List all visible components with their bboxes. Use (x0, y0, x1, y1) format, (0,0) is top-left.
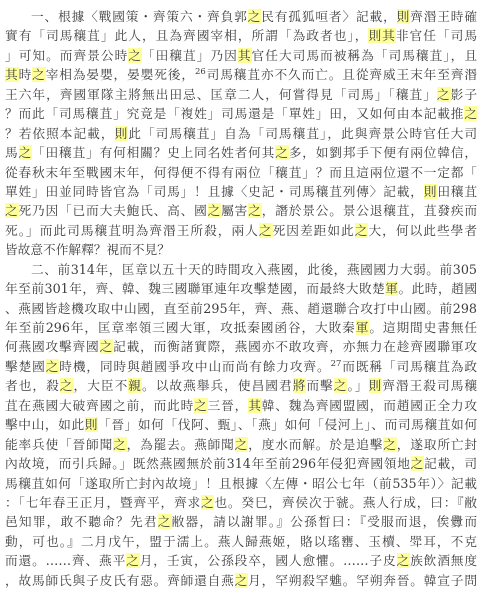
text-run: 族飲酒無度 (410, 553, 477, 568)
highlighted-char: 之 (334, 378, 348, 393)
text-line: ？若依照本記載，則此「司馬穰苴」自為「司馬穰苴」，此與齊景公時官任大司 (5, 124, 477, 143)
text-run: 、燕國皆趁機攻取中山國，直至前295年，齊、燕、趙還聯合攻打中山國。前298 (5, 301, 477, 316)
highlighted-char: 則其 (368, 28, 395, 43)
text-run: 而還。……齊、燕平 (5, 553, 126, 568)
document-page: 一、根據〈戰國策・齊策六・齊負郭之民有孤狐咺者〉記載，則齊湣王時確實有「司馬穰苴… (0, 0, 481, 600)
text-line: 」可知。而齊景公時之「田穰苴」乃因其官任大司馬而被稱為「司馬穰苴」，且 (5, 46, 477, 65)
text-line: 馬穰苴如何「遂取所亡封內故境」！且根據〈左傳・昭公七年（前535年）〉記載 (5, 474, 477, 493)
text-line: 能率兵使「晉師聞之，為罷去。燕師聞之，度水而解。於是追擊之，遂取所亡封 (5, 435, 477, 454)
text-run: 死。」而此司馬穰苴明為齊湣王所殺，兩人 (5, 223, 259, 238)
text-line: ？而此「司馬穰苴」究竟是「複姓」司馬還是「單姓」田，又如何由本記載推之 (5, 104, 477, 123)
highlighted-char: 則 (424, 184, 438, 199)
highlighted-char: 之 (383, 437, 397, 452)
text-run: ，大臣不 (74, 378, 129, 393)
text-run: 田穰苴 (437, 184, 477, 199)
text-run: 多，如劉邦手下便有兩位韓信， (289, 145, 477, 160)
text-run: 何燕國攻擊齊國 (5, 339, 100, 354)
text-run: 動，可也。』二月戊午，盟于濡上。燕人歸燕姬，賂以瑤罋、玉櫝、斝耳，不克 (5, 534, 477, 549)
text-run: 。此時，趙國 (398, 281, 477, 296)
text-line: 、燕國皆趁機攻取中山國，直至前295年，齊、燕、趙還聯合攻打中山國。前298 (5, 299, 477, 318)
text-line: 而還。……齊、燕平之月，壬寅，公孫段卒，國人愈懼。……子皮之族飲酒無度 (5, 551, 477, 570)
text-run: 實有「司馬穰苴」此人，且為齊國宰相，所謂「為政者也」， (5, 28, 368, 43)
text-run: 時 (19, 67, 33, 82)
highlighted-char: 則 (397, 9, 411, 24)
text-run: 死乃因「已而大夫鮑氏、高、國 (19, 203, 208, 218)
text-run: 此「司馬穰苴」自為「司馬穰苴」，此與齊景公時官任大司 (128, 126, 477, 141)
text-run: 。」 (347, 378, 368, 393)
highlighted-char: 之 (248, 203, 262, 218)
text-run: 「晉」如何「伐阿、甄」、「燕」如何「侵河上」、而司馬穰苴如何 (98, 417, 477, 432)
highlighted-char: 之 (464, 106, 477, 121)
text-run: ：「七年春王正月，暨齊平，齊求 (5, 495, 201, 510)
text-run: 。以故燕舉兵，使昌國君 (142, 378, 293, 393)
text-run: 死因差距如此 (273, 223, 355, 238)
text-run: 單姓」田並同時皆官為「司馬」！且據〈史記・司馬穰苴列傳〉記載， (5, 184, 424, 199)
text-run: 」可知。而齊景公時 (5, 48, 128, 63)
text-line: 何燕國攻擊齊國之記載，而衡諸實際，燕國亦不敢攻齊，亦無力在趁齊國聯軍攻 (5, 337, 477, 356)
text-run: 影子 (451, 87, 477, 102)
highlighted-char: 之 (235, 437, 249, 452)
text-run: 三晉， (208, 398, 249, 413)
text-run: ？而此「司馬穰苴」究竟是「複姓」司馬還是「單姓」田，又如何由本記載推 (5, 106, 464, 121)
text-run: ，故馬師氏與子皮氏有惡。齊師還自燕 (5, 573, 235, 588)
text-line: 者也，殺之，大臣不親。以故燕舉兵，使昌國君將而擊之。」則齊湣王殺司馬穰 (5, 376, 477, 395)
highlighted-char: 其 (248, 398, 262, 413)
text-line: 實有「司馬穰苴」此人，且為齊國宰相，所謂「為政者也」，則其非官任「司馬 (5, 26, 477, 45)
text-line: 動，可也。』二月戊午，盟于濡上。燕人歸燕姬，賂以瑤罋、玉櫝、斝耳，不克 (5, 532, 477, 551)
text-run: 韓、魏為齊國盟國，而趙國正全力攻 (262, 398, 477, 413)
footnote-ref: 27 (331, 359, 342, 369)
text-line: 王六年，齊國軍隊主將無出田忌、匡章二人，何嘗得見「司馬」「穰苴」之影子 (5, 85, 477, 104)
text-run: 。這期間史書無任 (369, 320, 477, 335)
highlighted-char: 之 (113, 437, 127, 452)
text-run: 官任大司馬而被稱為「司馬穰苴」，且 (252, 48, 477, 63)
highlighted-char: 則 (369, 378, 383, 393)
text-run: 馬穰苴如何「遂取所亡封內故境」！且根據〈左傳・昭公七年（前535年）〉記載 (5, 476, 477, 491)
text-run: 年至前301年，齊、韓、魏三國聯軍連年攻擊楚國，而最終大敗楚 (5, 281, 385, 296)
text-line: 邑知罪，敢不聽命？先君之敝器，請以謝罪。』公孫晳曰：『受服而退，俟釁而 (5, 512, 477, 531)
text-run: 敝器，請以謝罪。』公孫晳曰：『受服而退，俟釁而 (172, 514, 477, 529)
text-run: 非官任「司馬 (396, 28, 477, 43)
text-run: 齊湣王殺司馬穰 (382, 378, 477, 393)
text-run: 司馬穰苴亦不久而亡。且從齊威王末年至齊湣 (206, 67, 477, 82)
text-line: ：「七年春王正月，暨齊平，齊求之也。癸巳，齊侯次于虢。燕人行成，曰：『敝 (5, 493, 477, 512)
highlighted-char: 之 (60, 378, 74, 393)
text-run: 民有孤狐咺者〉記載， (261, 9, 396, 24)
highlighted-char: 之 (100, 339, 114, 354)
text-run: 而既稱「司馬穰苴為政 (341, 359, 477, 374)
text-run: 能率兵使「晉師聞 (5, 437, 113, 452)
highlighted-char: 之 (158, 514, 172, 529)
text-run: 宰相為晏嬰，晏嬰死後， (46, 67, 195, 82)
highlighted-char: 軍 (385, 281, 398, 296)
highlighted-char: 則 (85, 417, 98, 432)
highlighted-char: 軍 (356, 320, 370, 335)
text-block: 一、根據〈戰國策・齊策六・齊負郭之民有孤狐咺者〉記載，則齊湣王時確實有「司馬穰苴… (5, 7, 477, 590)
highlighted-char: 之 (208, 203, 222, 218)
text-line: 擊楚國之時機，同時與趙國爭攻中山而尚有餘力攻齊。27而既稱「司馬穰苴為政 (5, 357, 477, 376)
footnote-ref: 26 (195, 67, 206, 77)
text-run: 馬 (5, 145, 19, 160)
highlighted-char: 其 (238, 48, 252, 63)
text-run: 從春秋末年至戰國末年，何得便不得有兩位「穰苴」？而且這兩位還不一定都「 (5, 165, 477, 180)
highlighted-char: 之 (248, 9, 262, 24)
text-run: 「田穰苴」乃因 (142, 48, 238, 63)
text-line: ，故馬師氏與子皮氏有惡。齊師還自燕之月，罕朔殺罕魋。罕朔奔晉。韓宣子問 (5, 571, 477, 590)
highlighted-char: 將 (293, 378, 307, 393)
text-run: 王六年，齊國軍隊主將無出田忌、匡章二人，何嘗得見「司馬」「穰苴」 (5, 87, 437, 102)
highlighted-char: 其 (5, 67, 19, 82)
highlighted-char: 則 (115, 126, 129, 141)
text-run: ，遂取所亡封 (397, 437, 477, 452)
highlighted-char: 之 (437, 87, 451, 102)
highlighted-char: 之 (128, 48, 142, 63)
text-run: 擊楚國 (5, 359, 46, 374)
text-run: 記載，而衡諸實際，燕國亦不敢攻齊，亦無力在趁齊國聯軍攻 (113, 339, 477, 354)
text-line: 之死乃因「已而大夫鮑氏、高、國之屬害之，譖於景公。景公退穰苴，苴發疾而 (5, 201, 477, 220)
text-run: 皆故意不作解釋？視而不見？ (5, 242, 170, 257)
text-run: 內故境，而引兵歸。」既然燕國無於前314年至前296年侵犯齊國領地 (5, 456, 411, 471)
text-run: 月，壬寅，公孫段卒，國人愈懼。……子皮 (140, 553, 397, 568)
text-run: ，譖於景公。景公退穰苴，苴發疾而 (262, 203, 477, 218)
highlighted-char: 親 (128, 378, 142, 393)
text-line: 年至前301年，齊、韓、魏三國聯軍連年攻擊楚國，而最終大敗楚軍。此時，趙國 (5, 279, 477, 298)
text-run: 大，何以此些學者 (368, 223, 477, 238)
text-run: 屬害 (221, 203, 248, 218)
text-run: 邑知罪，敢不聽命？先君 (5, 514, 158, 529)
text-line: 內故境，而引兵歸。」既然燕國無於前314年至前296年侵犯齊國領地之記載，司 (5, 454, 477, 473)
text-run: 年至前296年，匡章率領三國大軍，攻抵秦國函谷，大敗秦 (5, 320, 356, 335)
highlighted-char: 之 (355, 223, 369, 238)
text-run: 苴在燕國大破齊國之前，而此時 (5, 398, 194, 413)
text-run: 而擊 (306, 378, 333, 393)
text-run: 也。癸巳，齊侯次于虢。燕人行成，曰：『敝 (214, 495, 477, 510)
text-run: 一、根據〈戰國策・齊策六・齊負郭 (31, 9, 248, 24)
text-line: 馬之「田穰苴」有何相關？史上同名姓者何其之多，如劉邦手下便有兩位韓信， (5, 143, 477, 162)
text-line: 年至前296年，匡章率領三國大軍，攻抵秦國函谷，大敗秦軍。這期間史書無任 (5, 318, 477, 337)
text-line: 苴在燕國大破齊國之前，而此時之三晉，其韓、魏為齊國盟國，而趙國正全力攻 (5, 396, 477, 415)
text-run: 者也，殺 (5, 378, 60, 393)
highlighted-char: 之 (201, 495, 215, 510)
highlighted-char: 之 (46, 359, 60, 374)
text-line: 從春秋末年至戰國末年，何得便不得有兩位「穰苴」？而且這兩位還不一定都「 (5, 163, 477, 182)
text-line: 其時之宰相為晏嬰，晏嬰死後，26司馬穰苴亦不久而亡。且從齊威王末年至齊湣 (5, 65, 477, 84)
text-run: 「田穰苴」有何相關？史上同名姓者何其 (32, 145, 275, 160)
text-line: 擊中山，如此則「晉」如何「伐阿、甄」、「燕」如何「侵河上」、而司馬穰苴如何 (5, 415, 477, 434)
highlighted-char: 之 (5, 203, 19, 218)
text-run: 記載，司 (424, 456, 477, 471)
text-run: 二、前314年，匡章以五十天的時間攻入燕國，此後，燕國國力大弱。前305 (31, 262, 477, 277)
text-run: 擊中山，如此 (5, 417, 85, 432)
highlighted-char: 之 (397, 553, 411, 568)
text-run: ？若依照本記載， (5, 126, 115, 141)
highlighted-char: 之 (235, 573, 249, 588)
text-run: ，度水而解。於是追擊 (248, 437, 383, 452)
highlighted-char: 之 (19, 145, 33, 160)
text-run: 時機，同時與趙國爭攻中山而尚有餘力攻齊。 (59, 359, 330, 374)
highlighted-char: 之 (275, 145, 289, 160)
highlighted-char: 之 (194, 398, 208, 413)
highlighted-char: 之 (32, 67, 46, 82)
text-line: 二、前314年，匡章以五十天的時間攻入燕國，此後，燕國國力大弱。前305 (5, 260, 477, 279)
text-line: 單姓」田並同時皆官為「司馬」！且據〈史記・司馬穰苴列傳〉記載，則田穰苴 (5, 182, 477, 201)
text-run: 月，罕朔殺罕魋。罕朔奔晉。韓宣子問 (248, 573, 477, 588)
highlighted-char: 之 (259, 223, 273, 238)
text-run: 齊湣王時確 (410, 9, 477, 24)
text-line: 死。」而此司馬穰苴明為齊湣王所殺，兩人之死因差距如此之大，何以此些學者 (5, 221, 477, 240)
highlighted-char: 之 (411, 456, 424, 471)
highlighted-char: 之 (126, 553, 140, 568)
text-line: 一、根據〈戰國策・齊策六・齊負郭之民有孤狐咺者〉記載，則齊湣王時確 (5, 7, 477, 26)
text-line: 皆故意不作解釋？視而不見？ (5, 240, 477, 259)
text-run: ，為罷去。燕師聞 (127, 437, 235, 452)
